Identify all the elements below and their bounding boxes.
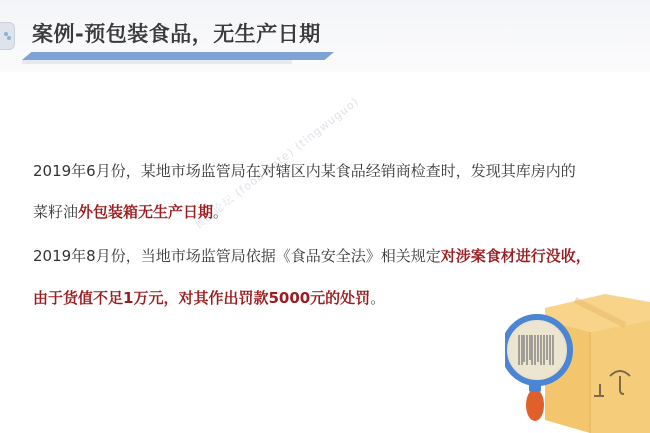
slide-header: 案例-预包装食品，无生产日期	[0, 0, 650, 72]
cardboard-box-icon	[505, 280, 650, 433]
text-highlight: 外包装箱无生产日期	[78, 203, 213, 221]
paragraph-1-line-1: 2019年6月份，某地市场监管局在对辖区内某食品经销商检查时，发现其库房内的	[33, 160, 576, 181]
paragraph-1-line-2: 菜籽油外包装箱无生产日期。	[33, 201, 228, 222]
text-highlight: 由于货值不足1万元，对其作出罚款5000元的处罚	[33, 289, 370, 307]
text-end: 。	[370, 289, 385, 307]
header-badge-icon	[0, 22, 15, 50]
text-normal: 2019年8月份，当地市场监管局依据《食品安全法》相关规定	[33, 247, 441, 265]
title-underline	[22, 52, 334, 60]
text-highlight: 对涉案食材进行没收，	[441, 247, 591, 265]
paragraph-2-line-1: 2019年8月份，当地市场监管局依据《食品安全法》相关规定对涉案食材进行没收，	[33, 245, 591, 266]
box-magnifier-illustration	[505, 280, 650, 433]
slide-title: 案例-预包装食品，无生产日期	[32, 18, 321, 48]
text-normal: 菜籽油	[33, 203, 78, 221]
text-end: 。	[213, 203, 228, 221]
title-underline-shadow	[22, 60, 292, 64]
paragraph-2-line-2: 由于货值不足1万元，对其作出罚款5000元的处罚。	[33, 287, 385, 308]
magnifier-handle	[526, 389, 544, 421]
